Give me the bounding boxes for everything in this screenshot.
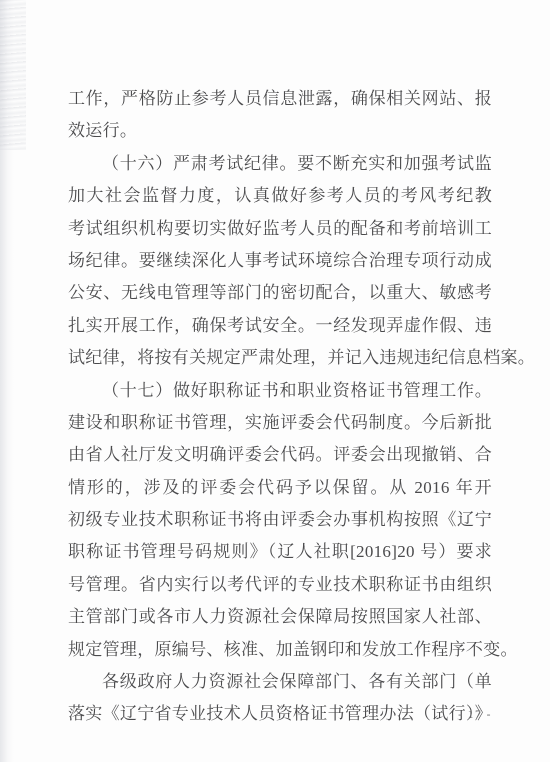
text-line: （十六）严肃考试纪律。要不断充实和加强考试监督巡视工作， (68, 148, 492, 180)
document-text-block: 工作，严格防止参考人员信息泄露，确保相关网站、报名系统等有 效运行。 （十六）严… (68, 83, 492, 731)
scan-corner-artifact (0, 0, 26, 150)
page-number: - 17 - (458, 709, 492, 721)
text-line: 场纪律。要继续深化人事考试环境综合治理专项行动成果，积极与 (68, 245, 492, 277)
text-line: 考试组织机构要切实做好监考人员的配备和考前培训工作，严格考 (68, 213, 492, 245)
document-page: 工作，严格防止参考人员信息泄露，确保相关网站、报名系统等有 效运行。 （十六）严… (0, 0, 550, 762)
text-line: 各级政府人力资源社会保障部门、各有关部门（单位）要认真 (68, 666, 492, 698)
text-line: 建设和职称证书管理，实施评委会代码制度。今后新批建评委会， (68, 407, 492, 439)
scan-edge-artifact (0, 0, 14, 762)
text-line: 扎实开展工作，确保考试安全。一经发现弄虚作假、违反考场和考 (68, 310, 492, 342)
text-line: 初级专业技术职称证书将由评委会办事机构按照《辽宁省专业技术 (68, 504, 492, 536)
text-line: 号管理。省内实行以考代评的专业技术职称证书由组织考试的省直 (68, 569, 492, 601)
text-line: 落实《辽宁省专业技术人员资格证书管理办法（试行）》（辽人社发 (68, 698, 492, 730)
text-line: 情形的，涉及的评委会代码予以保留。从 2016 年开始，我省高、中、 (68, 472, 492, 504)
text-line: 职称证书管理号码规则》（辽人社职[2016]20 号）要求实施统一编 (68, 536, 492, 568)
text-line: 由省人社厅发文明确评委会代码。评委会出现撤销、合并、变更等 (68, 439, 492, 471)
text-line: （十七）做好职称证书和职业资格证书管理工作。为加强评委会 (68, 375, 492, 407)
text-line: 效运行。 (68, 115, 492, 147)
text-line: 规定管理，原编号、核准、加盖钢印和发放工作程序不变。 (68, 634, 492, 666)
text-line: 试纪律，将按有关规定严肃处理，并记入违规违纪信息档案。 (68, 342, 492, 374)
text-line: 公安、无线电管理等部门的密切配合，以重大、敏感考试为重点， (68, 277, 492, 309)
text-line: 主管部门或各市人力资源社会保障局按照国家人社部、省人社厅的 (68, 601, 492, 633)
text-line: 加大社会监督力度，认真做好参考人员的考风考纪教育；各级各类 (68, 180, 492, 212)
text-line: 工作，严格防止参考人员信息泄露，确保相关网站、报名系统等有 (68, 83, 492, 115)
